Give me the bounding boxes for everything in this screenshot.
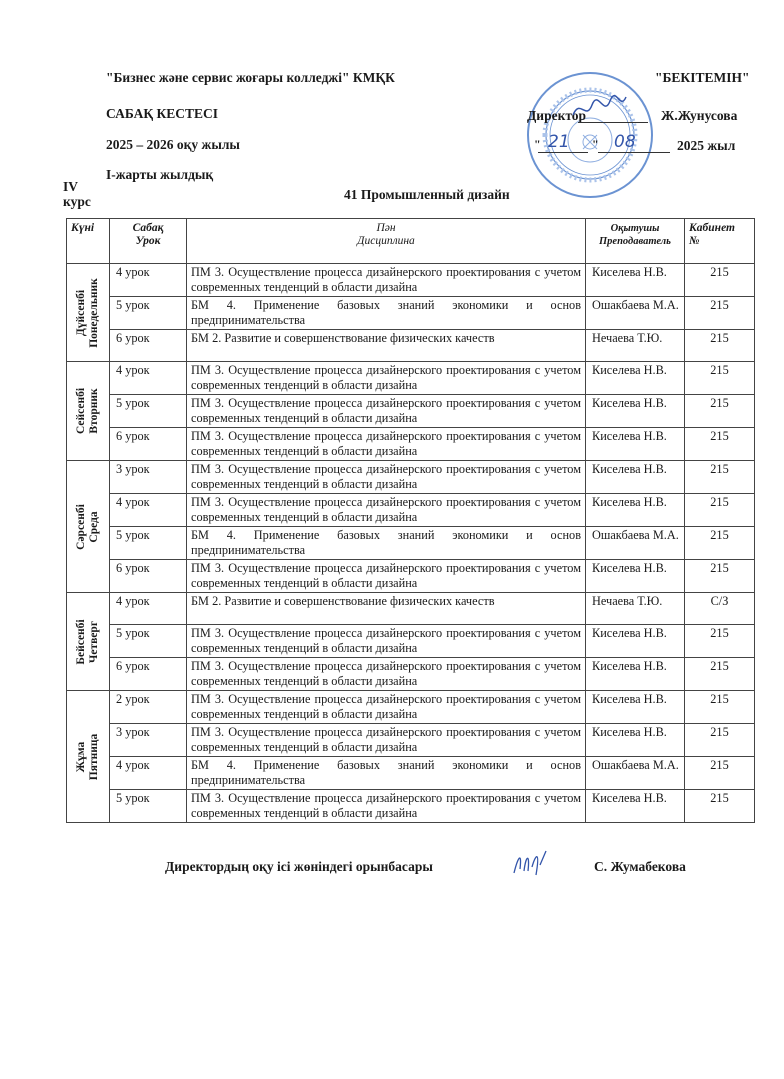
date-month-line — [598, 152, 670, 153]
date-quote-open: " — [534, 137, 541, 152]
day-name-ru: Вторник — [88, 388, 101, 434]
semester: І-жарты жылдық — [106, 167, 213, 183]
col-header-day: Күні — [67, 219, 110, 264]
table-row: 5 урокБМ 4. Применение базовых знаний эк… — [67, 297, 755, 330]
room-cell: 215 — [685, 428, 755, 461]
lesson-cell: 6 урок — [110, 428, 187, 461]
course-label: IV курс — [63, 179, 103, 209]
table-row: 4 урокПМ 3. Осуществление процесса дизай… — [67, 494, 755, 527]
college-name: "Бизнес және сервис жоғары колледжі" КМҚ… — [106, 70, 395, 86]
table-row: ЖұмаПятница2 урокПМ 3. Осуществление про… — [67, 691, 755, 724]
teacher-cell: Киселева Н.В. — [586, 362, 685, 395]
day-name-ru: Понедельник — [88, 278, 101, 348]
room-cell: 215 — [685, 362, 755, 395]
subject-cell: ПМ 3. Осуществление процесса дизайнерско… — [187, 691, 586, 724]
room-cell: 215 — [685, 264, 755, 297]
col-header-subject: ПәнДисциплина — [187, 219, 586, 264]
lesson-cell: 2 урок — [110, 691, 187, 724]
col-header-room: Кабинет№ — [685, 219, 755, 264]
room-cell: 215 — [685, 625, 755, 658]
deputy-director-name: С. Жумабекова — [594, 859, 686, 875]
room-cell: 215 — [685, 395, 755, 428]
lesson-cell: 6 урок — [110, 658, 187, 691]
teacher-cell: Киселева Н.В. — [586, 428, 685, 461]
date-quote-mid: " — [592, 137, 599, 152]
day-name-ru: Пятница — [88, 733, 101, 779]
lesson-cell: 5 урок — [110, 625, 187, 658]
table-row: 6 урокПМ 3. Осуществление процесса дизай… — [67, 658, 755, 691]
teacher-cell: Нечаева Т.Ю. — [586, 593, 685, 625]
lesson-cell: 4 урок — [110, 757, 187, 790]
lesson-cell: 5 урок — [110, 790, 187, 823]
day-cell: ДүйсенбіПонедельник — [67, 264, 110, 362]
table-row: 5 урокПМ 3. Осуществление процесса дизай… — [67, 395, 755, 428]
director-signature-icon — [570, 93, 630, 123]
lesson-cell: 4 урок — [110, 593, 187, 625]
teacher-cell: Киселева Н.В. — [586, 691, 685, 724]
teacher-cell: Киселева Н.В. — [586, 724, 685, 757]
col-header-teacher: ОқытушыПреподаватель — [586, 219, 685, 264]
lesson-cell: 5 урок — [110, 527, 187, 560]
subject-cell: ПМ 3. Осуществление процесса дизайнерско… — [187, 724, 586, 757]
day-name-kk: Сейсенбі — [75, 388, 88, 434]
subject-cell: ПМ 3. Осуществление процесса дизайнерско… — [187, 658, 586, 691]
room-cell: 215 — [685, 724, 755, 757]
subject-cell: ПМ 3. Осуществление процесса дизайнерско… — [187, 790, 586, 823]
table-row: ДүйсенбіПонедельник4 урокПМ 3. Осуществл… — [67, 264, 755, 297]
lesson-cell: 5 урок — [110, 297, 187, 330]
day-cell: ЖұмаПятница — [67, 691, 110, 823]
lesson-cell: 3 урок — [110, 461, 187, 494]
director-name: Ж.Жунусова — [661, 108, 737, 124]
day-label: СәрсенбіСреда — [75, 504, 101, 550]
subject-cell: БМ 4. Применение базовых знаний экономик… — [187, 757, 586, 790]
teacher-cell: Киселева Н.В. — [586, 560, 685, 593]
subject-cell: ПМ 3. Осуществление процесса дизайнерско… — [187, 494, 586, 527]
room-cell: 215 — [685, 658, 755, 691]
table-row: 3 урокПМ 3. Осуществление процесса дизай… — [67, 724, 755, 757]
teacher-cell: Киселева Н.В. — [586, 494, 685, 527]
teacher-cell: Ошакбаева М.А. — [586, 757, 685, 790]
schedule-body: ДүйсенбіПонедельник4 урокПМ 3. Осуществл… — [67, 264, 755, 823]
document-title: САБАҚ КЕСТЕСІ — [106, 106, 218, 122]
room-cell: 215 — [685, 757, 755, 790]
subject-cell: БМ 2. Развитие и совершенствование физич… — [187, 593, 586, 625]
subject-cell: ПМ 3. Осуществление процесса дизайнерско… — [187, 264, 586, 297]
subject-cell: БМ 4. Применение базовых знаний экономик… — [187, 527, 586, 560]
day-label: БейсенбіЧетверг — [75, 619, 101, 664]
col-header-lesson: СабақУрок — [110, 219, 187, 264]
deputy-signature-icon — [510, 847, 550, 879]
room-cell: 215 — [685, 494, 755, 527]
lesson-cell: 5 урок — [110, 395, 187, 428]
date-day: 21 — [548, 132, 570, 152]
day-name-kk: Жұма — [75, 733, 88, 779]
subject-cell: ПМ 3. Осуществление процесса дизайнерско… — [187, 461, 586, 494]
lesson-cell: 4 урок — [110, 494, 187, 527]
table-row: 5 урокПМ 3. Осуществление процесса дизай… — [67, 790, 755, 823]
day-name-kk: Дүйсенбі — [75, 278, 88, 348]
teacher-cell: Нечаева Т.Ю. — [586, 330, 685, 362]
teacher-cell: Ошакбаева М.А. — [586, 297, 685, 330]
table-row: 5 урокБМ 4. Применение базовых знаний эк… — [67, 527, 755, 560]
day-name-kk: Бейсенбі — [75, 619, 88, 664]
room-cell: 215 — [685, 297, 755, 330]
subject-cell: ПМ 3. Осуществление процесса дизайнерско… — [187, 362, 586, 395]
day-label: ЖұмаПятница — [75, 733, 101, 779]
room-cell: С/З — [685, 593, 755, 625]
room-cell: 215 — [685, 461, 755, 494]
day-cell: СейсенбіВторник — [67, 362, 110, 461]
lesson-cell: 4 урок — [110, 362, 187, 395]
date-year: 2025 жыл — [677, 138, 735, 154]
subject-cell: ПМ 3. Осуществление процесса дизайнерско… — [187, 625, 586, 658]
teacher-cell: Киселева Н.В. — [586, 395, 685, 428]
day-name-kk: Сәрсенбі — [75, 504, 88, 550]
table-row: 4 урокБМ 4. Применение базовых знаний эк… — [67, 757, 755, 790]
table-row: БейсенбіЧетверг4 урокБМ 2. Развитие и со… — [67, 593, 755, 625]
room-cell: 215 — [685, 560, 755, 593]
table-header-row: Күні СабақУрок ПәнДисциплина ОқытушыПреп… — [67, 219, 755, 264]
teacher-cell: Киселева Н.В. — [586, 264, 685, 297]
teacher-cell: Киселева Н.В. — [586, 461, 685, 494]
lesson-cell: 3 урок — [110, 724, 187, 757]
day-label: СейсенбіВторник — [75, 388, 101, 434]
day-name-ru: Четверг — [88, 619, 101, 664]
lesson-cell: 6 урок — [110, 560, 187, 593]
teacher-cell: Ошакбаева М.А. — [586, 527, 685, 560]
subject-cell: ПМ 3. Осуществление процесса дизайнерско… — [187, 395, 586, 428]
day-label: ДүйсенбіПонедельник — [75, 278, 101, 348]
table-row: 6 урокБМ 2. Развитие и совершенствование… — [67, 330, 755, 362]
teacher-cell: Киселева Н.В. — [586, 625, 685, 658]
room-cell: 215 — [685, 330, 755, 362]
approve-label: "БЕКІТЕМІН" — [655, 70, 749, 86]
day-cell: СәрсенбіСреда — [67, 461, 110, 593]
teacher-cell: Киселева Н.В. — [586, 790, 685, 823]
date-day-line — [538, 152, 588, 153]
table-row: 6 урокПМ 3. Осуществление процесса дизай… — [67, 428, 755, 461]
schedule-table: Күні СабақУрок ПәнДисциплина ОқытушыПреп… — [66, 218, 755, 823]
subject-cell: БМ 4. Применение базовых знаний экономик… — [187, 297, 586, 330]
subject-cell: БМ 2. Развитие и совершенствование физич… — [187, 330, 586, 362]
table-row: 5 урокПМ 3. Осуществление процесса дизай… — [67, 625, 755, 658]
subject-cell: ПМ 3. Осуществление процесса дизайнерско… — [187, 560, 586, 593]
room-cell: 215 — [685, 527, 755, 560]
table-row: СәрсенбіСреда3 урокПМ 3. Осуществление п… — [67, 461, 755, 494]
teacher-cell: Киселева Н.В. — [586, 658, 685, 691]
group-name: 41 Промышленный дизайн — [344, 187, 510, 203]
day-cell: БейсенбіЧетверг — [67, 593, 110, 691]
day-name-ru: Среда — [88, 504, 101, 550]
deputy-director-role: Директордың оқу ісі жөніндегі орынбасары — [165, 859, 433, 875]
table-row: 6 урокПМ 3. Осуществление процесса дизай… — [67, 560, 755, 593]
lesson-cell: 6 урок — [110, 330, 187, 362]
room-cell: 215 — [685, 691, 755, 724]
room-cell: 215 — [685, 790, 755, 823]
date-month: 08 — [614, 132, 636, 152]
lesson-cell: 4 урок — [110, 264, 187, 297]
table-row: СейсенбіВторник4 урокПМ 3. Осуществление… — [67, 362, 755, 395]
academic-year: 2025 – 2026 оқу жылы — [106, 137, 240, 153]
subject-cell: ПМ 3. Осуществление процесса дизайнерско… — [187, 428, 586, 461]
